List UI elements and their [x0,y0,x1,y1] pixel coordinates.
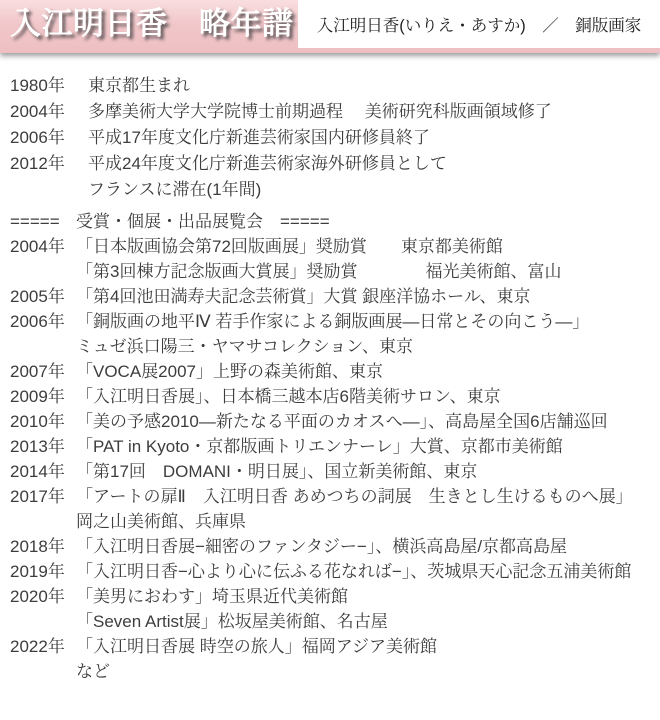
exhibitions-section: ===== 受賞・個展・出品展覧会 ===== 2004年「日本版画協会第72回… [0,209,660,684]
timeline-row: 2006年「銅版画の地平Ⅳ 若手作家による銅版画展―日常とその向こう―」 [0,309,660,334]
row-event: 「第3回棟方記念版画大賞展」奨励賞 福光美術館、富山 [76,259,660,284]
timeline-row: ミュゼ浜口陽三・ヤマサコレクション、東京 [0,334,660,359]
row-year: 2020年 [10,584,76,609]
timeline-row: 2019年「入江明日香−心より心に伝ふる花なれば−」、茨城県天心記念五浦美術館 [0,559,660,584]
row-year: 2018年 [10,534,76,559]
row-event: ミュゼ浜口陽三・ヤマサコレクション、東京 [76,334,660,359]
timeline-row: 1980年東京都生まれ [0,73,660,99]
timeline-row: 2012年平成24年度文化庁新進芸術家海外研修員として [0,151,660,177]
exhibitions-heading-text: 受賞・個展・出品展覧会 ===== [76,209,660,234]
row-year [10,177,76,203]
row-year: 2007年 [10,359,76,384]
timeline-row: 2018年「入江明日香展−細密のファンタジー−」、横浜高島屋/京都高島屋 [0,534,660,559]
timeline-row: 2010年「美の予感2010―新たなる平面のカオスへ―」、高島屋全国6店舗巡回 [0,409,660,434]
row-event: 「第17回 DOMANI・明日展」、国立新美術館、東京 [76,459,660,484]
row-year [10,259,76,284]
row-year: 2017年 [10,484,76,509]
timeline-row: フランスに滞在(1年間) [0,177,660,203]
timeline-row: 2004年多摩美術大学大学院博士前期過程 美術研究科版画領域修了 [0,99,660,125]
row-event: 「Seven Artist展」松坂屋美術館、名古屋 [76,609,660,634]
row-event: 多摩美術大学大学院博士前期過程 美術研究科版画領域修了 [76,99,660,125]
row-event: 「第4回池田満寿夫記念芸術賞」大賞 銀座洋協ホール、東京 [76,284,660,309]
row-event: フランスに滞在(1年間) [76,177,660,203]
row-event: 「日本版画協会第72回版画展」奨励賞 東京都美術館 [76,234,660,259]
row-year: 2019年 [10,559,76,584]
timeline-row: 2006年平成17年度文化庁新進芸術家国内研修員終了 [0,125,660,151]
row-event: 「VOCA展2007」上野の森美術館、東京 [76,359,660,384]
heading-marker-left: ===== [10,209,76,234]
row-year: 2006年 [10,309,76,334]
timeline-row: 2014年「第17回 DOMANI・明日展」、国立新美術館、東京 [0,459,660,484]
row-event: 「銅版画の地平Ⅳ 若手作家による銅版画展―日常とその向こう―」 [76,309,660,334]
row-event: 「美男におわす」埼玉県近代美術館 [76,584,660,609]
row-year [10,609,76,634]
row-year: 2005年 [10,284,76,309]
row-year: 1980年 [10,73,76,99]
page: 入江明日香 略年譜 入江明日香(いりえ・あすか) ／ 銅版画家 1980年東京都… [0,0,660,720]
timeline-row: 2009年「入江明日香展」、日本橋三越本店6階美術サロン、東京 [0,384,660,409]
timeline-row: 2020年「美男におわす」埼玉県近代美術館 [0,584,660,609]
bio-section: 1980年東京都生まれ2004年多摩美術大学大学院博士前期過程 美術研究科版画領… [0,73,660,203]
row-year: 2010年 [10,409,76,434]
row-event: 平成17年度文化庁新進芸術家国内研修員終了 [76,125,660,151]
row-year: 2014年 [10,459,76,484]
artist-info-text: 入江明日香(いりえ・あすか) ／ 銅版画家 [317,12,642,36]
timeline-row: 2005年「第4回池田満寿夫記念芸術賞」大賞 銀座洋協ホール、東京 [0,284,660,309]
row-event: 「入江明日香展」、日本橋三越本店6階美術サロン、東京 [76,384,660,409]
row-year: 2013年 [10,434,76,459]
timeline-row: など [0,659,660,684]
row-year: 2022年 [10,634,76,659]
row-event: 東京都生まれ [76,73,660,99]
row-event: 「入江明日香展 時空の旅人」福岡アジア美術館 [76,634,660,659]
timeline-row: 2004年「日本版画協会第72回版画展」奨励賞 東京都美術館 [0,234,660,259]
timeline: 1980年東京都生まれ2004年多摩美術大学大学院博士前期過程 美術研究科版画領… [0,53,660,684]
row-year: 2009年 [10,384,76,409]
artist-info-box: 入江明日香(いりえ・あすか) ／ 銅版画家 [298,0,660,48]
header-bar: 入江明日香 略年譜 入江明日香(いりえ・あすか) ／ 銅版画家 [0,0,660,53]
row-event: など [76,659,660,684]
row-event: 平成24年度文化庁新進芸術家海外研修員として [76,151,660,177]
row-year: 2006年 [10,125,76,151]
row-event: 岡之山美術館、兵庫県 [76,509,660,534]
row-event: 「PAT in Kyoto・京都版画トリエンナーレ」大賞、京都市美術館 [76,434,660,459]
row-year: 2012年 [10,151,76,177]
timeline-row: 2017年「アートの扉Ⅱ 入江明日香 あめつちの詞展 生きとし生けるものへ展」 [0,484,660,509]
row-year [10,659,76,684]
timeline-row: 「Seven Artist展」松坂屋美術館、名古屋 [0,609,660,634]
timeline-row: 2013年「PAT in Kyoto・京都版画トリエンナーレ」大賞、京都市美術館 [0,434,660,459]
exhibitions-heading-row: ===== 受賞・個展・出品展覧会 ===== [0,209,660,234]
row-year: 2004年 [10,99,76,125]
row-event: 「美の予感2010―新たなる平面のカオスへ―」、高島屋全国6店舗巡回 [76,409,660,434]
row-event: 「アートの扉Ⅱ 入江明日香 あめつちの詞展 生きとし生けるものへ展」 [76,484,660,509]
row-year [10,334,76,359]
timeline-row: 岡之山美術館、兵庫県 [0,509,660,534]
row-event: 「入江明日香−心より心に伝ふる花なれば−」、茨城県天心記念五浦美術館 [76,559,660,584]
timeline-row: 2022年「入江明日香展 時空の旅人」福岡アジア美術館 [0,634,660,659]
row-year: 2004年 [10,234,76,259]
row-year [10,509,76,534]
timeline-row: 「第3回棟方記念版画大賞展」奨励賞 福光美術館、富山 [0,259,660,284]
timeline-row: 2007年「VOCA展2007」上野の森美術館、東京 [0,359,660,384]
row-event: 「入江明日香展−細密のファンタジー−」、横浜高島屋/京都高島屋 [76,534,660,559]
